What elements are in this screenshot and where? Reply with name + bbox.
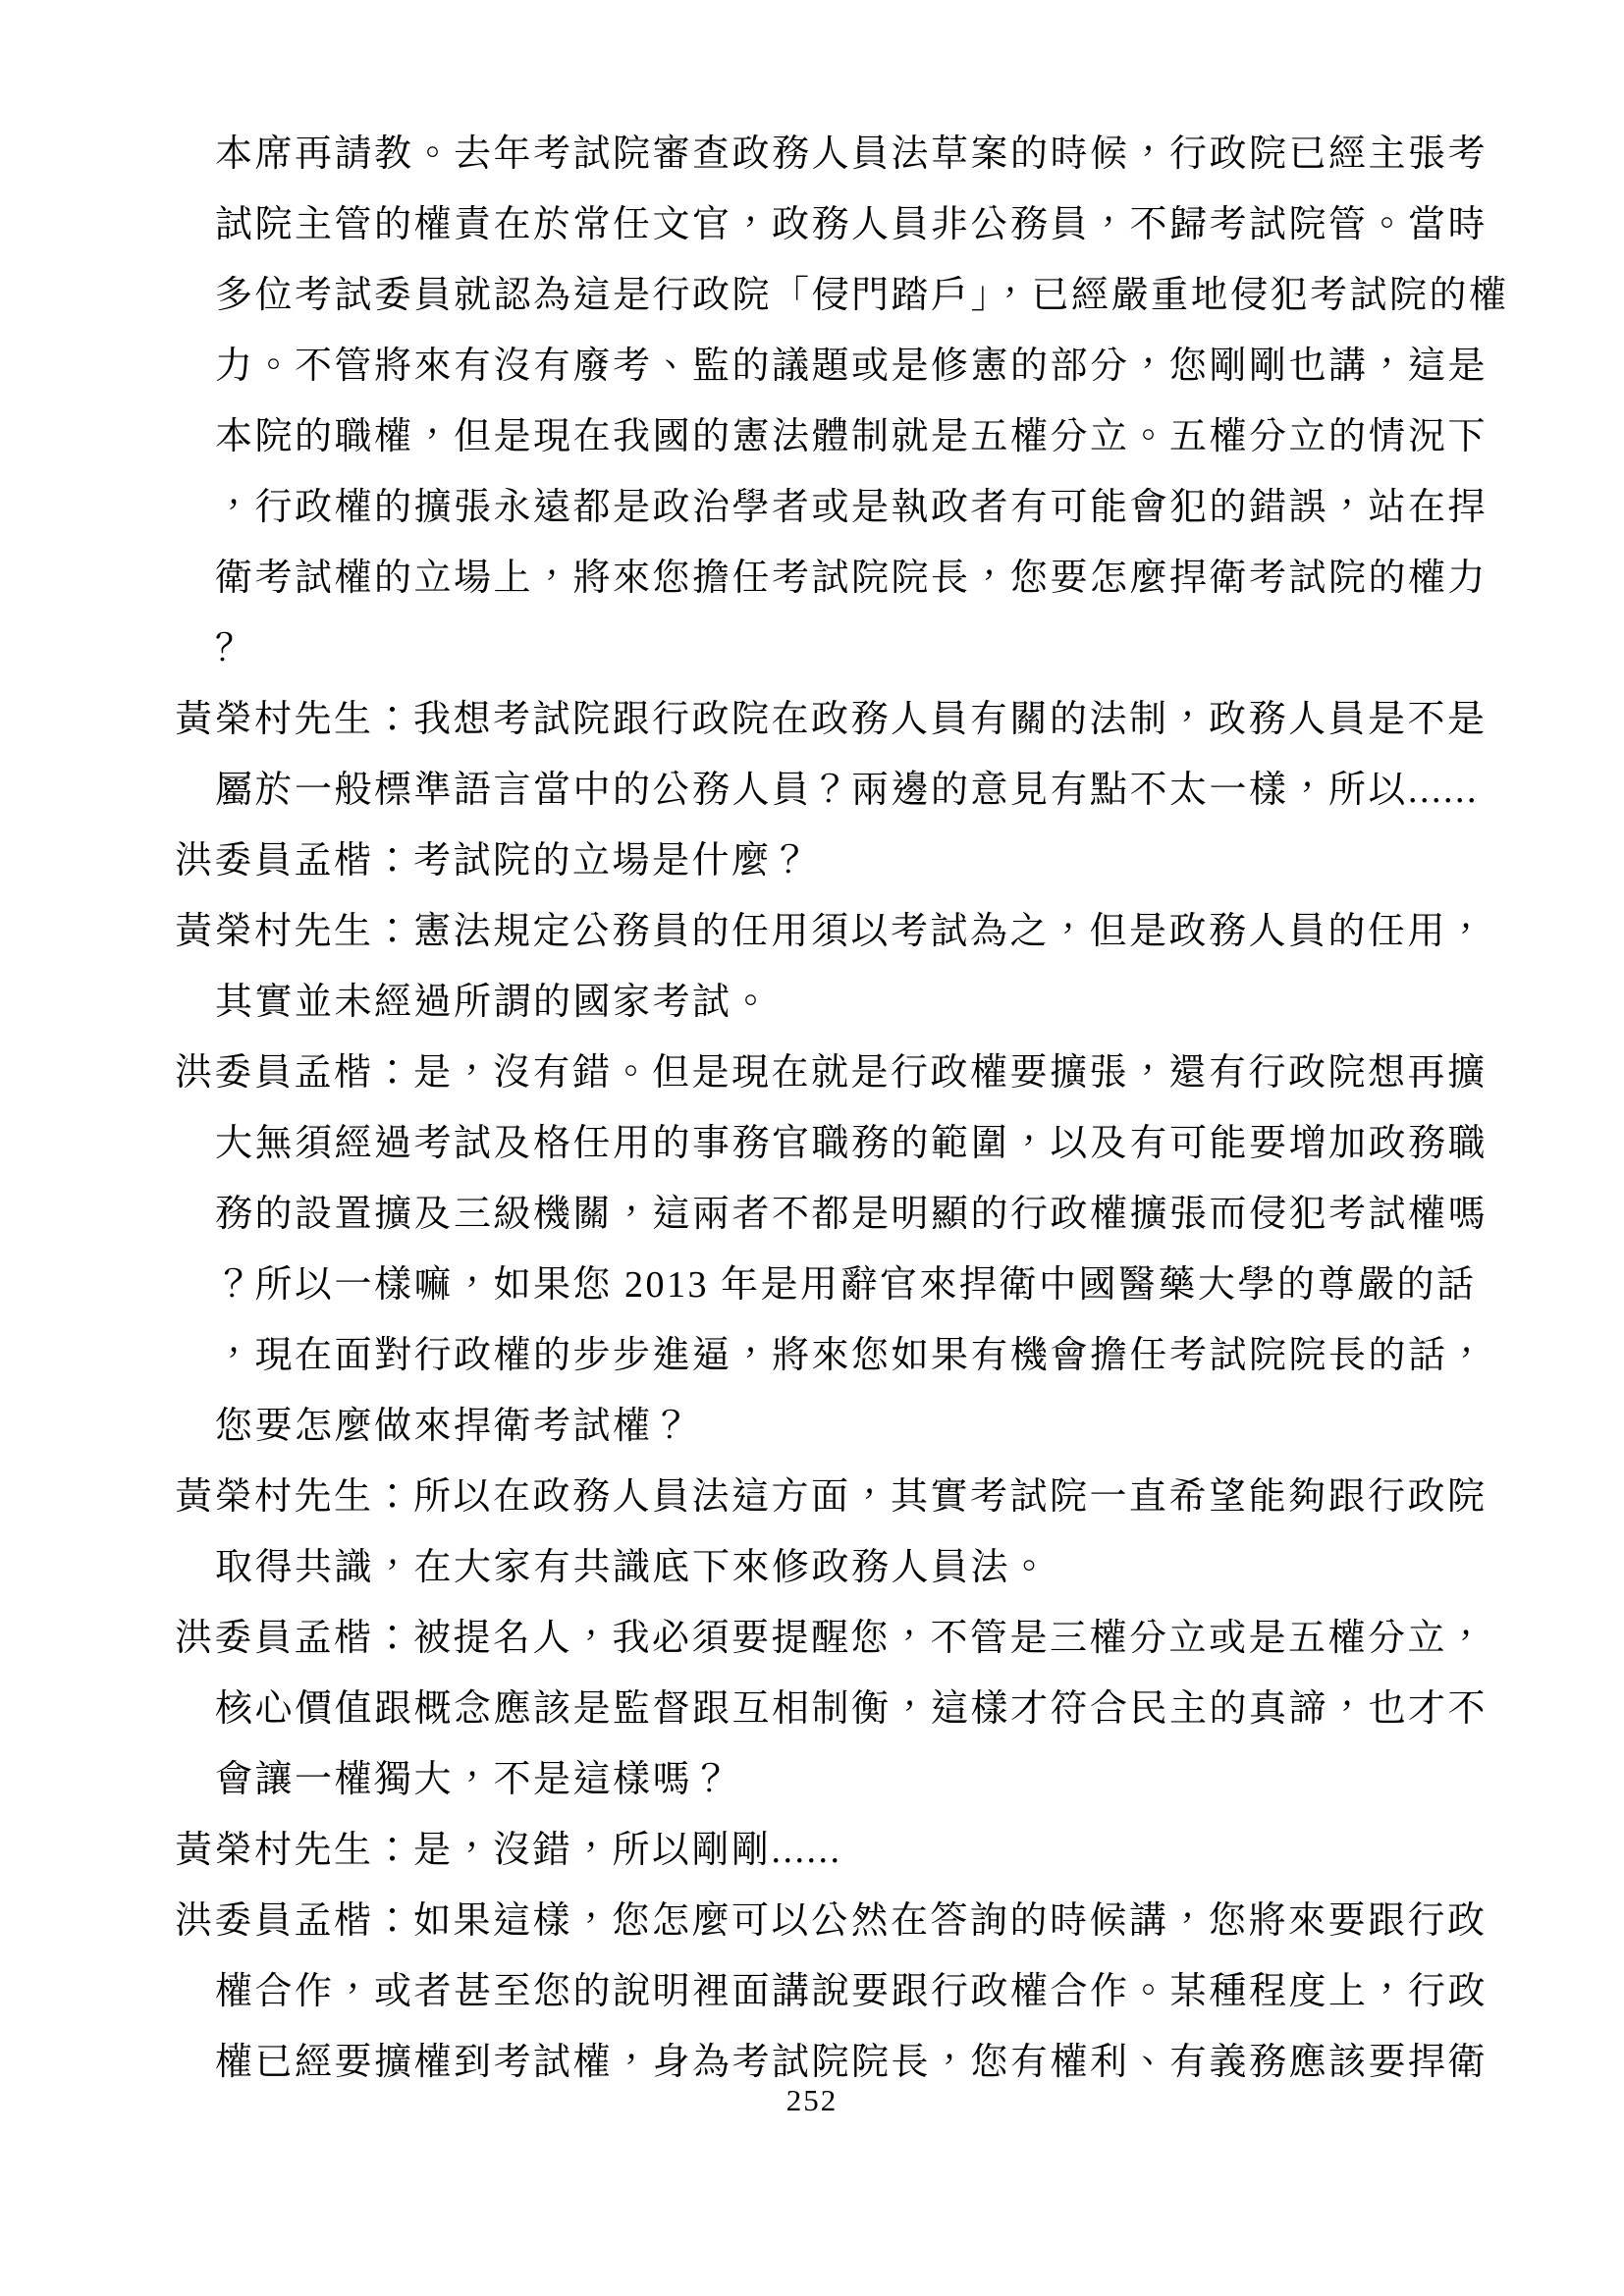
transcript-body: 本席再請教。去年考試院審查政務人員法草案的時候，行政院已經主張考 試院主管的權責…	[175, 119, 1520, 2098]
text-line: 權合作，或者甚至您的說明裡面講說要跟行政權合作。某種程度上，行政	[175, 1956, 1520, 2027]
document-page: 本席再請教。去年考試院審查政務人員法草案的時候，行政院已經主張考 試院主管的權責…	[0, 0, 1624, 2296]
text-line: ，行政權的擴張永遠都是政治學者或是執政者有可能會犯的錯誤，站在捍	[175, 472, 1520, 543]
text-line: 您要怎麼做來捍衛考試權？	[175, 1391, 1520, 1462]
text-line: 多位考試委員就認為這是行政院「侵門踏戶」，已經嚴重地侵犯考試院的權	[175, 260, 1520, 331]
text-line: 本院的職權，但是現在我國的憲法體制就是五權分立。五權分立的情況下	[175, 401, 1520, 472]
speaker-line: 黃榮村先生：憲法規定公務員的任用須以考試為之，但是政務人員的任用，	[175, 896, 1520, 967]
text-line: ？	[175, 614, 1520, 684]
paragraph-speaker-huang: 黃榮村先生：憲法規定公務員的任用須以考試為之，但是政務人員的任用， 其實並未經過…	[175, 896, 1520, 1038]
speaker-line: 黃榮村先生：是，沒錯，所以剛剛......	[175, 1815, 1520, 1886]
paragraph-speaker-hung: 洪委員孟楷：被提名人，我必須要提醒您，不管是三權分立或是五權分立， 核心價值跟概…	[175, 1603, 1520, 1815]
text-line: 務的設置擴及三級機關，這兩者不都是明顯的行政權擴張而侵犯考試權嗎	[175, 1179, 1520, 1250]
text-line: 屬於一般標準語言當中的公務人員？兩邊的意見有點不太一樣，所以......	[175, 755, 1520, 826]
text-line: 力。不管將來有沒有廢考、監的議題或是修憲的部分，您剛剛也講，這是	[175, 331, 1520, 401]
speaker-line: 洪委員孟楷：被提名人，我必須要提醒您，不管是三權分立或是五權分立，	[175, 1603, 1520, 1674]
paragraph-speaker-hung: 洪委員孟楷：是，沒有錯。但是現在就是行政權要擴張，還有行政院想再擴 大無須經過考…	[175, 1038, 1520, 1462]
paragraph-continuation-speech: 本席再請教。去年考試院審查政務人員法草案的時候，行政院已經主張考 試院主管的權責…	[175, 119, 1520, 684]
page-number: 252	[0, 2083, 1624, 2118]
speaker-line: 洪委員孟楷：是，沒有錯。但是現在就是行政權要擴張，還有行政院想再擴	[175, 1038, 1520, 1108]
text-line: 其實並未經過所謂的國家考試。	[175, 967, 1520, 1038]
text-line: 試院主管的權責在於常任文官，政務人員非公務員，不歸考試院管。當時	[175, 189, 1520, 260]
text-line: 核心價值跟概念應該是監督跟互相制衡，這樣才符合民主的真諦，也才不	[175, 1674, 1520, 1744]
paragraph-speaker-huang: 黃榮村先生：我想考試院跟行政院在政務人員有關的法制，政務人員是不是 屬於一般標準…	[175, 684, 1520, 826]
text-line: 會讓一權獨大，不是這樣嗎？	[175, 1744, 1520, 1815]
text-line: 衛考試權的立場上，將來您擔任考試院院長，您要怎麼捍衛考試院的權力	[175, 543, 1520, 614]
paragraph-speaker-hung: 洪委員孟楷：如果這樣，您怎麼可以公然在答詢的時候講，您將來要跟行政 權合作，或者…	[175, 1886, 1520, 2098]
speaker-line: 洪委員孟楷：如果這樣，您怎麼可以公然在答詢的時候講，您將來要跟行政	[175, 1886, 1520, 1956]
text-line: 大無須經過考試及格任用的事務官職務的範圍，以及有可能要增加政務職	[175, 1108, 1520, 1179]
text-line: 本席再請教。去年考試院審查政務人員法草案的時候，行政院已經主張考	[175, 119, 1520, 189]
text-line: ，現在面對行政權的步步進逼，將來您如果有機會擔任考試院院長的話，	[175, 1320, 1520, 1391]
speaker-line: 黃榮村先生：我想考試院跟行政院在政務人員有關的法制，政務人員是不是	[175, 684, 1520, 755]
paragraph-speaker-huang: 黃榮村先生：是，沒錯，所以剛剛......	[175, 1815, 1520, 1886]
text-line: ？所以一樣嘛，如果您 2013 年是用辭官來捍衛中國醫藥大學的尊嚴的話	[175, 1250, 1520, 1320]
text-line: 取得共識，在大家有共識底下來修政務人員法。	[175, 1532, 1520, 1603]
paragraph-speaker-hung: 洪委員孟楷：考試院的立場是什麼？	[175, 826, 1520, 896]
paragraph-speaker-huang: 黃榮村先生：所以在政務人員法這方面，其實考試院一直希望能夠跟行政院 取得共識，在…	[175, 1462, 1520, 1603]
speaker-line: 黃榮村先生：所以在政務人員法這方面，其實考試院一直希望能夠跟行政院	[175, 1462, 1520, 1532]
speaker-line: 洪委員孟楷：考試院的立場是什麼？	[175, 826, 1520, 896]
